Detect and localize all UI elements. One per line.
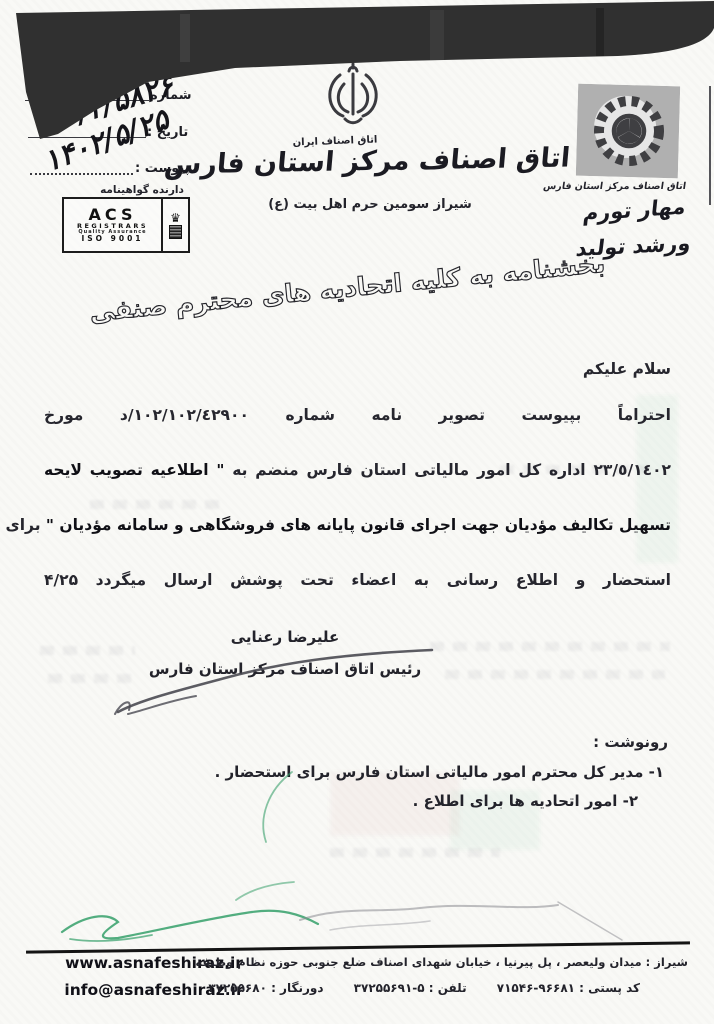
footer-contacts: کد پستی : ۹۶۶۸۱-۷۱۵۴۶ تلفن : ۵-۳۷۲۵۵۶۹۱ … xyxy=(208,981,640,995)
cc-item-2: ۲- امور اتحادیه ها برای اطلاع . xyxy=(413,792,638,810)
bleed-through-text-ghost xyxy=(445,670,665,679)
cc-item-1: ۱- مدیر کل محترم امور مالیاتی استان فارس… xyxy=(215,763,664,781)
bleed-through-text-ghost xyxy=(48,674,136,683)
footer-address: شیراز : میدان ولیعصر ، پل پیرنیا ، خیابا… xyxy=(195,955,688,969)
scanner-band-streak xyxy=(180,14,190,62)
iso-9001-text: ISO 9001 xyxy=(81,235,143,243)
green-pen-scribble xyxy=(62,911,318,941)
body-line-4: استحضار و اطلاع رسانی به اعضاء تحت پوشش … xyxy=(44,571,671,589)
slogan-line-1: مهار تورم xyxy=(581,194,688,226)
org-subtitle: شیراز سومین حرم اهل بیت (ع) xyxy=(175,197,565,212)
crown-icon: ♛ xyxy=(170,212,181,224)
scanner-band-streak xyxy=(430,10,444,60)
scanner-band-streak xyxy=(596,8,604,56)
acs-stamp-text: ACS REGISTRARS Quality Assurance ISO 900… xyxy=(64,199,161,251)
body-line-2-start: ۱٤۰۲/٥/۲۳ اداره کل امور مالیاتی استان فا… xyxy=(224,461,671,479)
acs-logo-text: ACS xyxy=(89,207,137,224)
footer-phone: تلفن : ۵-۳۷۲۵۵۶۹۱ xyxy=(354,981,467,995)
signatory-title: رئیس اتاق اصناف مرکز استان فارس xyxy=(130,660,440,678)
org-title-calligraphy: اتاق اصناف مرکز استان فارس xyxy=(169,142,572,180)
salutation: سلام علیکم xyxy=(44,360,671,378)
gray-handwriting-ghost xyxy=(300,902,622,940)
logo-caption: اتاق اصناف مرکز استان فارس xyxy=(577,181,687,192)
shield-icon xyxy=(169,225,182,239)
footer-rule xyxy=(26,941,690,953)
guilds-chamber-logo xyxy=(576,84,680,179)
green-pen-arc xyxy=(236,772,294,900)
scanned-letter-page: شماره تاریخ : پیوست : ۱۱۰/۳/۵۸۲۶ ۱۴۰۲/۵/… xyxy=(0,0,714,1024)
bleed-through-text-ghost xyxy=(430,642,670,651)
footer-postal-code: کد پستی : ۹۶۶۸۱-۷۱۵۴۶ xyxy=(497,981,640,995)
bleed-through-text-ghost xyxy=(90,500,220,509)
iran-national-emblem-icon xyxy=(315,62,391,136)
body-line-2: ۱٤۰۲/٥/۲۳ اداره کل امور مالیاتی استان فا… xyxy=(44,461,671,479)
signatory-name: علیرضا رعنایی xyxy=(150,628,420,646)
body-line-3-end: برای xyxy=(6,516,41,534)
body-line-1: احتراماً بپیوست تصویر نامه شماره ۱۰۲/۱۰۲… xyxy=(44,406,671,424)
bleed-through-text-ghost xyxy=(40,646,135,655)
iso-9001-stamp: ACS REGISTRARS Quality Assurance ISO 900… xyxy=(62,197,190,253)
footer-fax: دورنگار : ۳۷۲۵۵۶۸۰ xyxy=(208,981,323,995)
body-line-3: تسهیل تکالیف مؤدیان جهت اجرای قانون پایا… xyxy=(44,516,671,534)
body-line-3-quote: تسهیل تکالیف مؤدیان جهت اجرای قانون پایا… xyxy=(41,516,671,534)
certificate-holder-text: دارنده گواهینامه xyxy=(92,184,192,196)
cc-label: رونوشت : xyxy=(593,733,668,751)
body-line-2-quote: " اطلاعیه تصویب لایحه xyxy=(44,461,224,479)
circular-title-calligraphy: بخشنامه به کلیه اتحادیه های محترم صنفی xyxy=(120,249,607,324)
gear-swirl-logo-icon xyxy=(576,84,680,179)
